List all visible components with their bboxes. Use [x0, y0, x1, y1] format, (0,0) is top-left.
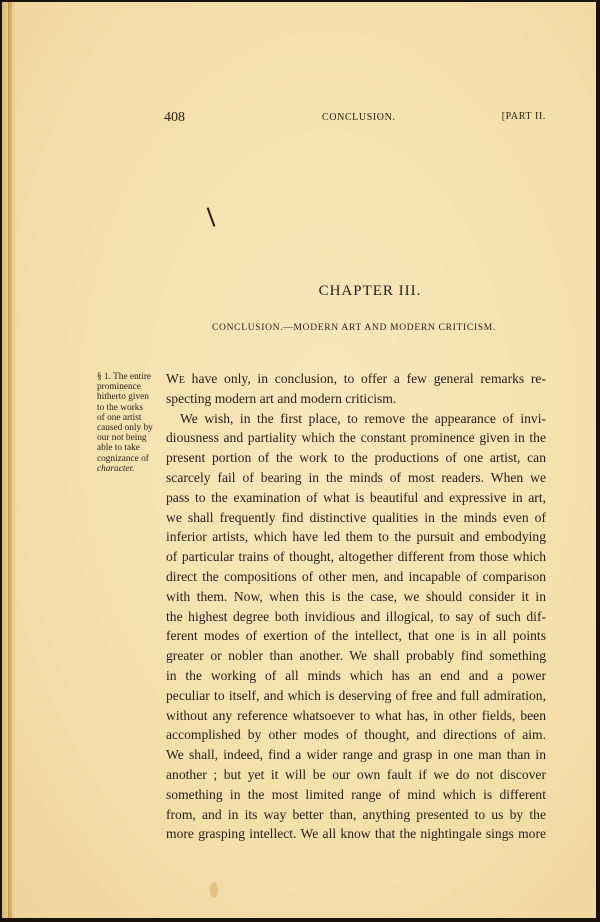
sidenote-line: to the works — [97, 403, 165, 413]
text-line: direct the compositions of other men, an… — [166, 567, 546, 587]
text-line: ferent modes of exertion of the intellec… — [166, 626, 546, 646]
text-line: accomplished by other modes of thought, … — [166, 725, 546, 745]
running-head: 408 CONCLUSION. [PART II. — [164, 110, 546, 128]
chapter-title: CHAPTER III. — [164, 283, 546, 300]
text-line: scarcely fail of bearing in the minds of… — [166, 468, 546, 488]
sidenote-line: caused only by — [97, 423, 165, 433]
text-line: We shall, indeed, find a wider range and… — [166, 745, 546, 765]
text-line: peculiar to itself, and which is deservi… — [166, 686, 546, 706]
book-page: 408 CONCLUSION. [PART II. CHAPTER III. C… — [2, 2, 596, 918]
text-line: diousness and partiality which the const… — [166, 428, 546, 448]
ink-mark — [207, 207, 216, 226]
text-line: We wish, in the first place, to remove t… — [166, 409, 546, 429]
text-line: from, and in its way better than, anythi… — [166, 805, 546, 825]
gutter-line — [8, 2, 9, 918]
initial-word: We — [166, 371, 185, 386]
sidenote-line: prominence — [97, 382, 165, 392]
part-label: [PART II. — [502, 111, 546, 122]
text-line: specting modern art and modern criticism… — [166, 389, 546, 409]
text-line: we shall frequently find distinctive qua… — [166, 508, 546, 528]
text-line: the highest degree both invidious and il… — [166, 607, 546, 627]
body-text: We have only, in conclusion, to offer a … — [166, 369, 546, 844]
sidenote-line: § 1. The entire — [97, 372, 165, 382]
text-line: pass to the examination of what is beaut… — [166, 488, 546, 508]
text-line: inferior artists, which have led them to… — [166, 527, 546, 547]
text-line: another ; but yet it will be our own fau… — [166, 765, 546, 785]
paper-stain — [210, 882, 218, 898]
marginal-note: § 1. The entire prominence hitherto give… — [97, 372, 165, 474]
chapter-subtitle: CONCLUSION.—MODERN ART AND MODERN CRITIC… — [212, 323, 552, 333]
sidenote-line: cognizance of — [97, 454, 165, 464]
sidenote-line: of one artist — [97, 413, 165, 423]
sidenote-line: our not being — [97, 433, 165, 443]
sidenote-line: hitherto given — [97, 392, 165, 402]
text-line: present portion of the work to the produ… — [166, 448, 546, 468]
text-line: without any reference whatsoever to what… — [166, 706, 546, 726]
page-number: 408 — [164, 110, 185, 126]
text-line: greater or nobler than another. We shall… — [166, 646, 546, 666]
text-line: We have only, in conclusion, to offer a … — [166, 369, 546, 389]
text-line: more grasping intellect. We all know tha… — [166, 824, 546, 844]
text-line: with them. Now, when this is the case, w… — [166, 587, 546, 607]
sidenote-line: character. — [97, 464, 165, 474]
text-line: in the working of all minds which has an… — [166, 666, 546, 686]
text-line: something in the most limited range of m… — [166, 785, 546, 805]
running-title: CONCLUSION. — [322, 112, 396, 123]
sidenote-line: able to take — [97, 443, 165, 453]
page-gutter — [2, 2, 16, 918]
text-line: of particular trains of thought, altoget… — [166, 547, 546, 567]
